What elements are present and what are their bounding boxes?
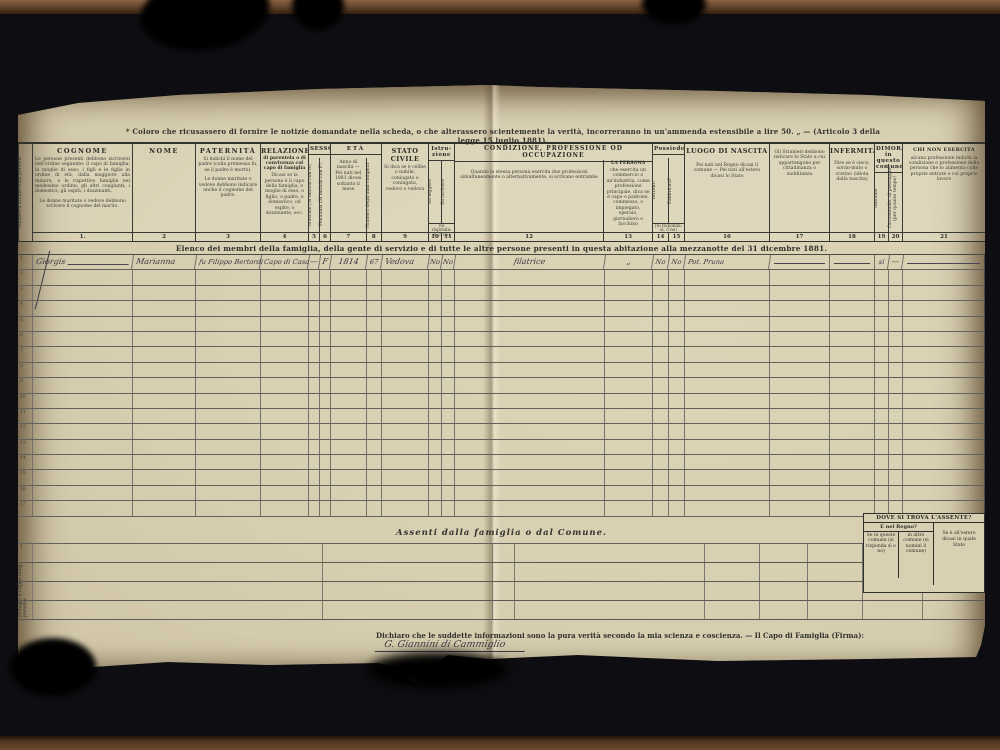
col-nums: 1920 [875, 232, 902, 241]
col-title: RELAZIONE [261, 144, 308, 155]
table-row: 10 [18, 394, 985, 409]
table-row: 3 [18, 582, 985, 601]
table-row: 4 [18, 601, 985, 620]
cell-numero: 4 [18, 601, 33, 619]
col-maschio: Maschio (Si indichi con M) [309, 158, 319, 232]
cell-numero: 1 [18, 544, 33, 562]
col-sa-leggere: Sa leggere [429, 160, 441, 223]
cell-numero: 8 [18, 363, 33, 377]
cell-relazione: Capo di Casa [260, 255, 310, 269]
col-cognome: COGNOME Le persone presenti debbono iscr… [33, 144, 133, 241]
table-row: 12 [18, 424, 985, 439]
col-possiede: Possiede Terreni? Fabbricati? (Si rispon… [653, 144, 685, 241]
cell-infermita [830, 255, 875, 269]
cell-stato-civile: Vedova [381, 255, 430, 269]
table-row: 1 [18, 544, 985, 563]
cell-condizione: filatrice [454, 255, 606, 269]
col-la-persona-desc: che esercita un commercio o un'industria… [604, 166, 652, 229]
cell-numero: 11 [18, 409, 33, 423]
assenti-title: Assenti dalla famiglia o dal Comune. [18, 528, 985, 538]
cell-numero: 1 [18, 255, 33, 269]
col-nums: 56 [309, 232, 330, 241]
possiede-subcols: Terreni? Fabbricati? [653, 158, 684, 223]
dove-estero: Se è all'estero dicasi in quale Stato [934, 523, 984, 585]
col-title: LUOGO DI NASCITA [685, 144, 769, 155]
col-num: 2 [133, 232, 195, 241]
table-row: 11 [18, 409, 985, 424]
col-subtitle: di parentela o di convivenza col capo di… [261, 155, 308, 171]
paper-tear-shadow [368, 652, 508, 688]
census-form-page: * Coloro che ricusassero di fornire le n… [18, 85, 985, 683]
col-title: COGNOME [33, 144, 132, 155]
istruzione-subcols: Sa leggere Sa scrivere [429, 160, 454, 223]
col-desc: Le persone presenti debbono iscriversi n… [33, 155, 132, 197]
cell-numero: 9 [18, 378, 33, 392]
col-desc: alcuna professione indichi la condizione… [903, 154, 985, 185]
col-desc: Le donne maritate o vedove debbono scriv… [33, 197, 132, 212]
col-paternita: PATERNITÀ Si indichi il nome del padre (… [196, 144, 261, 241]
cell-numero: 2 [18, 270, 33, 284]
table-row: 17 [18, 501, 985, 516]
cell-numero: 16 [18, 486, 33, 500]
table-row: 4 [18, 301, 985, 316]
dark-clip [642, 0, 706, 24]
condizione-subcols: Quando la stessa persona esercita due pr… [455, 160, 652, 232]
col-numero-label: Numero d'ordine della persona [19, 144, 32, 241]
cell-numero: 7 [18, 347, 33, 361]
cell-numero: 10 [18, 394, 33, 408]
cell-paternita: fu Filippo Bertordi [195, 255, 262, 269]
cell-numero: 2 [18, 563, 33, 581]
cell-numero: 12 [18, 424, 33, 438]
col-num: 9 [382, 232, 428, 241]
head-of-family-signature: G. Giannini di Cammiglio [375, 640, 527, 652]
col-nums: 1415 [653, 232, 684, 241]
table-row: 2 [18, 270, 985, 285]
col-fabbricati: Fabbricati? [669, 158, 684, 223]
col-num: 4 [261, 232, 308, 241]
col-note: (Si risponda: sì, o no) [653, 223, 684, 232]
photographed-census-scan: * Coloro che ricusassero di fornire le n… [0, 0, 1000, 750]
elenco-title: Elenco dei membri della famiglia, della … [18, 242, 985, 255]
table-row: 14 [18, 455, 985, 470]
dove-regno: È nel Regno? Se in questo comune (si ris… [864, 523, 934, 585]
cell-cognome: Giorgis [32, 255, 134, 269]
absent-rows: 1 234 [18, 543, 985, 620]
dimora-subcols: Abituale Occasionale, di passaggio (per … [875, 164, 902, 232]
col-title: CHI NON ESERCITA [903, 144, 985, 154]
col-num: 18 [830, 232, 874, 241]
col-note: (Si risponda: sì, o no) [429, 223, 454, 232]
group-title: ETÀ [331, 144, 381, 155]
col-num: 17 [770, 232, 829, 241]
col-anno-nascita: Anno di nascita — Pei nati nel 1881 dice… [331, 158, 366, 194]
table-row: 6 [18, 332, 985, 347]
cell-chi-non-esercita [903, 255, 985, 269]
table-row: 5 [18, 317, 985, 332]
eta-subcols: Anno di nascita — Pei nati nel 1881 dice… [331, 158, 381, 232]
dove-questo-comune: Se in questo comune (si risponda sì o no… [864, 532, 899, 578]
col-title: PATERNITÀ [196, 144, 260, 155]
cell-numero: 3 [18, 286, 33, 300]
col-desc: Si dica se è celibe o nubile, coniugato … [382, 163, 428, 194]
cell-numero: 15 [18, 470, 33, 484]
table-edge-bottom [0, 736, 1000, 750]
col-sesso: SESSO Maschio (Si indichi con M) Femmina… [309, 144, 331, 241]
cell-luogo-nascita: Pot. Pruna [684, 255, 771, 269]
table-row: 2 [18, 563, 985, 582]
col-dimora: DIMORA in questo comune Abituale Occasio… [875, 144, 903, 241]
table-row-1: 1 Giorgis Marianna fu Filippo Bertordi C… [18, 255, 985, 270]
main-rows: 1 Giorgis Marianna fu Filippo Bertordi C… [18, 255, 985, 517]
table-row: 7 [18, 347, 985, 362]
table-row: 9 [18, 378, 985, 393]
table-row: 16 [18, 486, 985, 501]
col-title: INFERMITÀ [830, 144, 874, 155]
col-desc: Dire se è cieco, sordo-muto o cretino (i… [830, 155, 874, 185]
col-num: 16 [685, 232, 769, 241]
cell-numero: 5 [18, 317, 33, 331]
cell-anno-nascita: 1814 [330, 255, 368, 269]
col-nums: 78 [331, 232, 381, 241]
cell-numero: 4 [18, 301, 33, 315]
col-stato-civile: STATO CIVILE Si dica se è celibe o nubil… [382, 144, 429, 241]
col-sa-scrivere: Sa scrivere [442, 160, 454, 223]
cell-occasionale: — [888, 255, 904, 269]
cell-nome: Marianna [132, 255, 197, 269]
col-la-persona-title: LA PERSONA [604, 160, 652, 166]
dove-regno-header: È nel Regno? [864, 523, 933, 532]
col-desc: Pei nati nel Regno dicasi il comune — Pe… [685, 155, 769, 181]
table-row: 13 [18, 440, 985, 455]
col-title: NOME [133, 144, 195, 155]
col-abituale: Abituale [875, 164, 888, 232]
dove-si-trova-box: DOVE SI TROVA L'ASSENTE? È nel Regno? Se… [863, 513, 985, 593]
cell-numero: 17 [18, 501, 33, 515]
table-row: 8 [18, 363, 985, 378]
declaration-line: Dichiaro che le suddette informazioni so… [376, 631, 976, 652]
col-eta: ETÀ Anno di nascita — Pei nati nel 1881 … [331, 144, 382, 241]
sesso-subcols: Maschio (Si indichi con M) Femmina (Si i… [309, 158, 330, 232]
col-professione: Quando la stessa persona esercita due pr… [455, 160, 603, 183]
col-infermita: INFERMITÀ Dire se è cieco, sordo-muto o … [830, 144, 875, 241]
group-title: Possiede [653, 144, 684, 155]
cell-numero: 6 [18, 332, 33, 346]
col-nums: 1011 [429, 232, 454, 241]
table-row: 15 [18, 470, 985, 485]
col-desc: Gli Stranieri debbono indicare lo Stato … [770, 144, 829, 179]
col-desc: Si indichi il nome del padre (colla prem… [196, 155, 260, 175]
cell-numero: 13 [18, 440, 33, 454]
col-luogo-nascita: LUOGO DI NASCITA Pei nati nel Regno dica… [685, 144, 770, 241]
dove-title: DOVE SI TROVA L'ASSENTE? [864, 514, 984, 523]
col-stranieri: Gli Stranieri debbono indicare lo Stato … [770, 144, 830, 241]
col-num: 21 [903, 232, 985, 241]
cell-la-persona: „ [604, 255, 654, 269]
col-desc: Dicasi se la persona è il capo della fam… [261, 171, 308, 218]
col-desc: Le donne maritate o vedove debbono indic… [196, 175, 260, 201]
dark-clip [292, 0, 344, 30]
dark-clip [10, 638, 96, 696]
col-nums: 1213 [455, 232, 652, 241]
col-chi-non-esercita: CHI NON ESERCITA alcuna professione indi… [903, 144, 985, 241]
col-istruzione: Istru-zione Sa leggere Sa scrivere (Si r… [429, 144, 455, 241]
group-title: Istru-zione [429, 144, 454, 161]
dark-clip [135, 0, 274, 59]
dove-altro-comune: in altro comune (si nomini il comune) [899, 532, 933, 578]
col-numero: Numero d'ordine della persona [18, 144, 33, 241]
table-header: Numero d'ordine della persona COGNOME Le… [18, 142, 985, 242]
cell-numero: 14 [18, 455, 33, 469]
col-num: 1. [33, 232, 132, 241]
col-title: STATO CIVILE [382, 144, 428, 163]
col-relazione: RELAZIONE di parentela o di convivenza c… [261, 144, 309, 241]
col-condizione-group: CONDIZIONE, PROFESSIONE OD OCCUPAZIONE Q… [455, 144, 653, 241]
cell-stranieri [770, 255, 830, 269]
col-femmina: Femmina (Si indichi con F) [320, 158, 330, 232]
group-title: SESSO [309, 144, 330, 155]
table-row: 3 [18, 286, 985, 301]
col-anni-compiuti: Numero degli anni compiuti [367, 158, 381, 232]
col-terreni: Terreni? [653, 158, 668, 223]
cell-numero: 3 [18, 582, 33, 600]
col-nome: NOME 2 [133, 144, 196, 241]
col-occasionale: Occasionale, di passaggio (per quanto te… [889, 164, 902, 232]
col-num: 3 [196, 232, 260, 241]
